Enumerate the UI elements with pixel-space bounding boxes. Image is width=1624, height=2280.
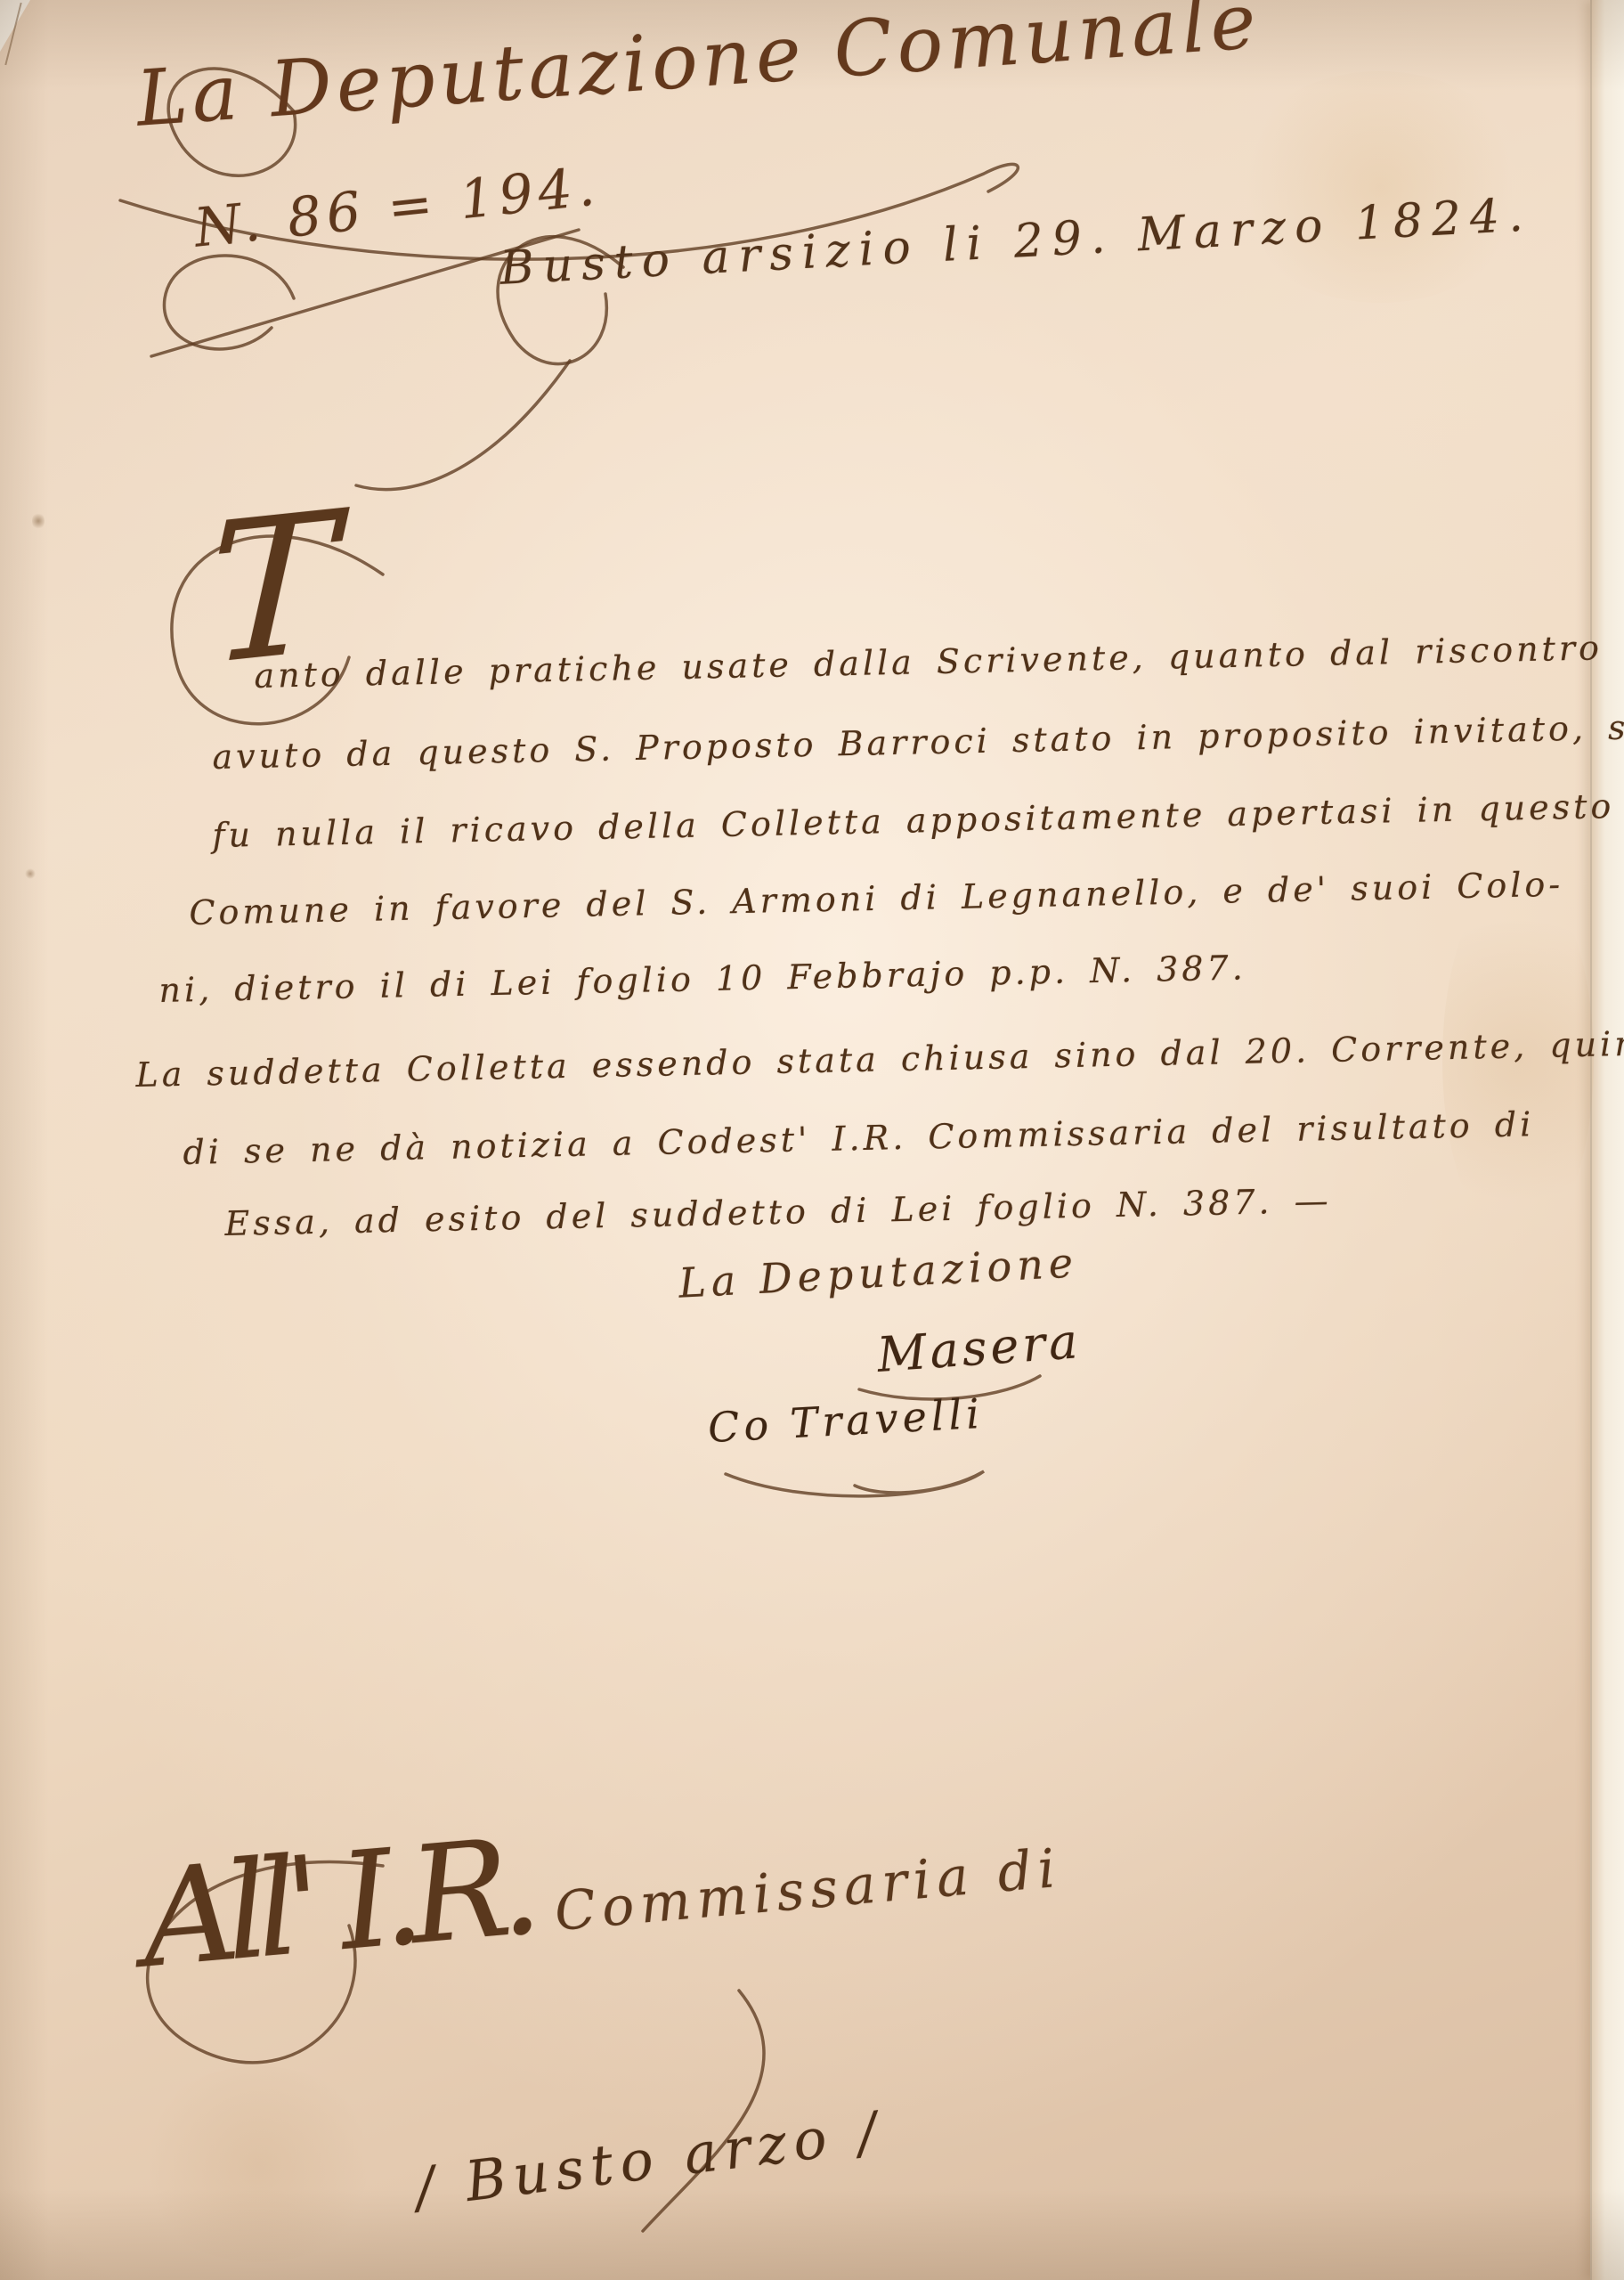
body-line: La suddetta Colletta essendo stata chius… [135,1023,1624,1095]
body-line: Comune in favore del S. Armoni di Legnan… [189,865,1564,932]
body-line: anto dalle pratiche usate dalla Scrivent… [254,628,1603,696]
paper-stain [1229,71,1531,303]
letterhead-title: La Deputazione Comunale [134,0,1263,144]
addressee-block: All' I.R.Commissaria di [135,1763,1066,1998]
body-line: ni, dietro il di Lei foglio 10 Febbrajo … [158,948,1246,1010]
addressee-prefix: All' I.R. [135,1810,534,1998]
closing-office: La Deputazione [678,1238,1079,1307]
torn-paper-edge [1590,0,1624,2280]
place-note: / Busto arzo / [412,2098,888,2220]
body-line: fu nulla il ricavo della Colletta apposi… [212,786,1615,855]
body-line: di se ne dà notizia a Codest' I.R. Commi… [183,1104,1535,1172]
manuscript-page: La Deputazione Comunale N. 86 = 194. Bus… [0,0,1624,2280]
paper-stain [134,2066,383,2262]
body-line: Essa, ad esito del suddetto di Lei fogli… [224,1181,1332,1243]
place-dateline: Busto arsizio li 29. Marzo 1824. [499,188,1533,296]
signature-travelli: Co Travelli [707,1389,985,1452]
signature-masera: Masera [875,1313,1083,1383]
body-line: avuto da questo S. Proposto Barroci stat… [212,707,1624,777]
addressee-name: Commissaria di [552,1837,1064,1943]
ink-stain [32,512,45,530]
ink-stain [25,868,36,879]
